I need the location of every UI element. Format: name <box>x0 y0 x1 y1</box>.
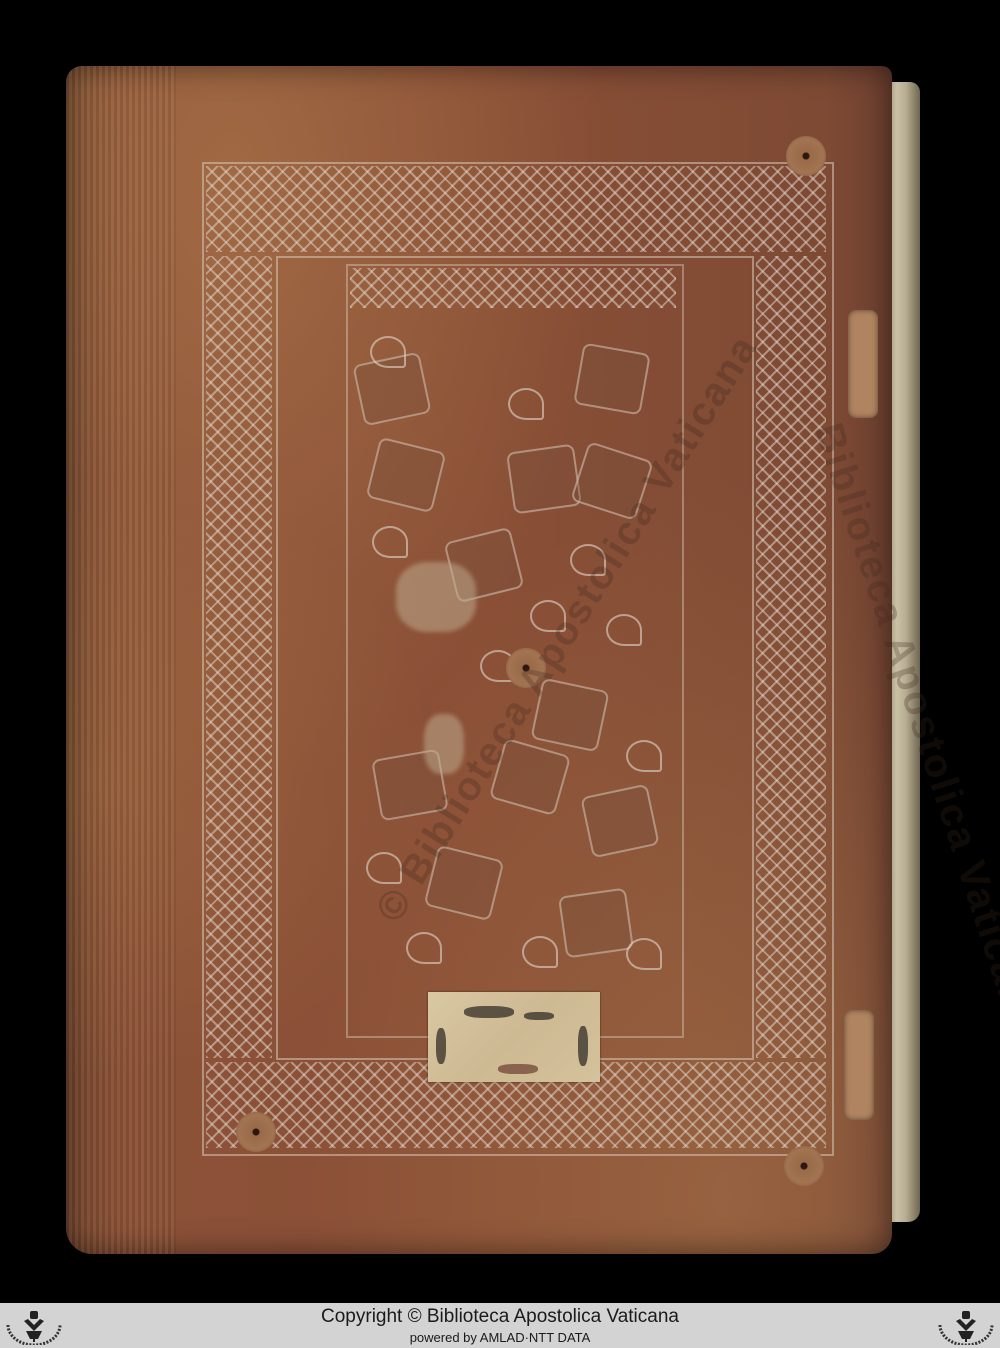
stamp-tile <box>506 444 582 515</box>
stamp-tile <box>573 343 651 416</box>
book-binding-photo: © Biblioteca Apostolica Vaticana Bibliot… <box>66 52 922 1254</box>
leaf-stamp <box>406 932 442 964</box>
corner-boss <box>786 136 826 176</box>
clasp-anchor-upper <box>848 310 878 418</box>
vatican-library-seal-icon <box>934 1307 998 1345</box>
shelfmark-label <box>428 992 600 1082</box>
worn-area <box>396 562 476 632</box>
copyright-text: Copyright © Biblioteca Apostolica Vatica… <box>0 1306 1000 1328</box>
powered-by-text: powered by AMLAD·NTT DATA <box>0 1330 1000 1345</box>
leaf-stamp <box>372 526 408 558</box>
clasp-anchor-lower <box>844 1010 874 1120</box>
leaf-stamp <box>606 614 642 646</box>
leaf-stamp <box>522 936 558 968</box>
image-viewport[interactable]: © Biblioteca Apostolica Vaticana Bibliot… <box>0 0 1000 1303</box>
leaf-stamp <box>370 336 406 368</box>
leaf-stamp <box>508 388 544 420</box>
front-cover: © Biblioteca Apostolica Vaticana Bibliot… <box>66 66 892 1254</box>
corner-boss <box>236 1112 276 1152</box>
leaf-stamp <box>626 938 662 970</box>
spine-fold <box>66 66 176 1254</box>
leaf-stamp <box>626 740 662 772</box>
corner-boss <box>784 1146 824 1186</box>
stamp-tile <box>558 888 634 959</box>
copyright-footer: Copyright © Biblioteca Apostolica Vatica… <box>0 1303 1000 1348</box>
